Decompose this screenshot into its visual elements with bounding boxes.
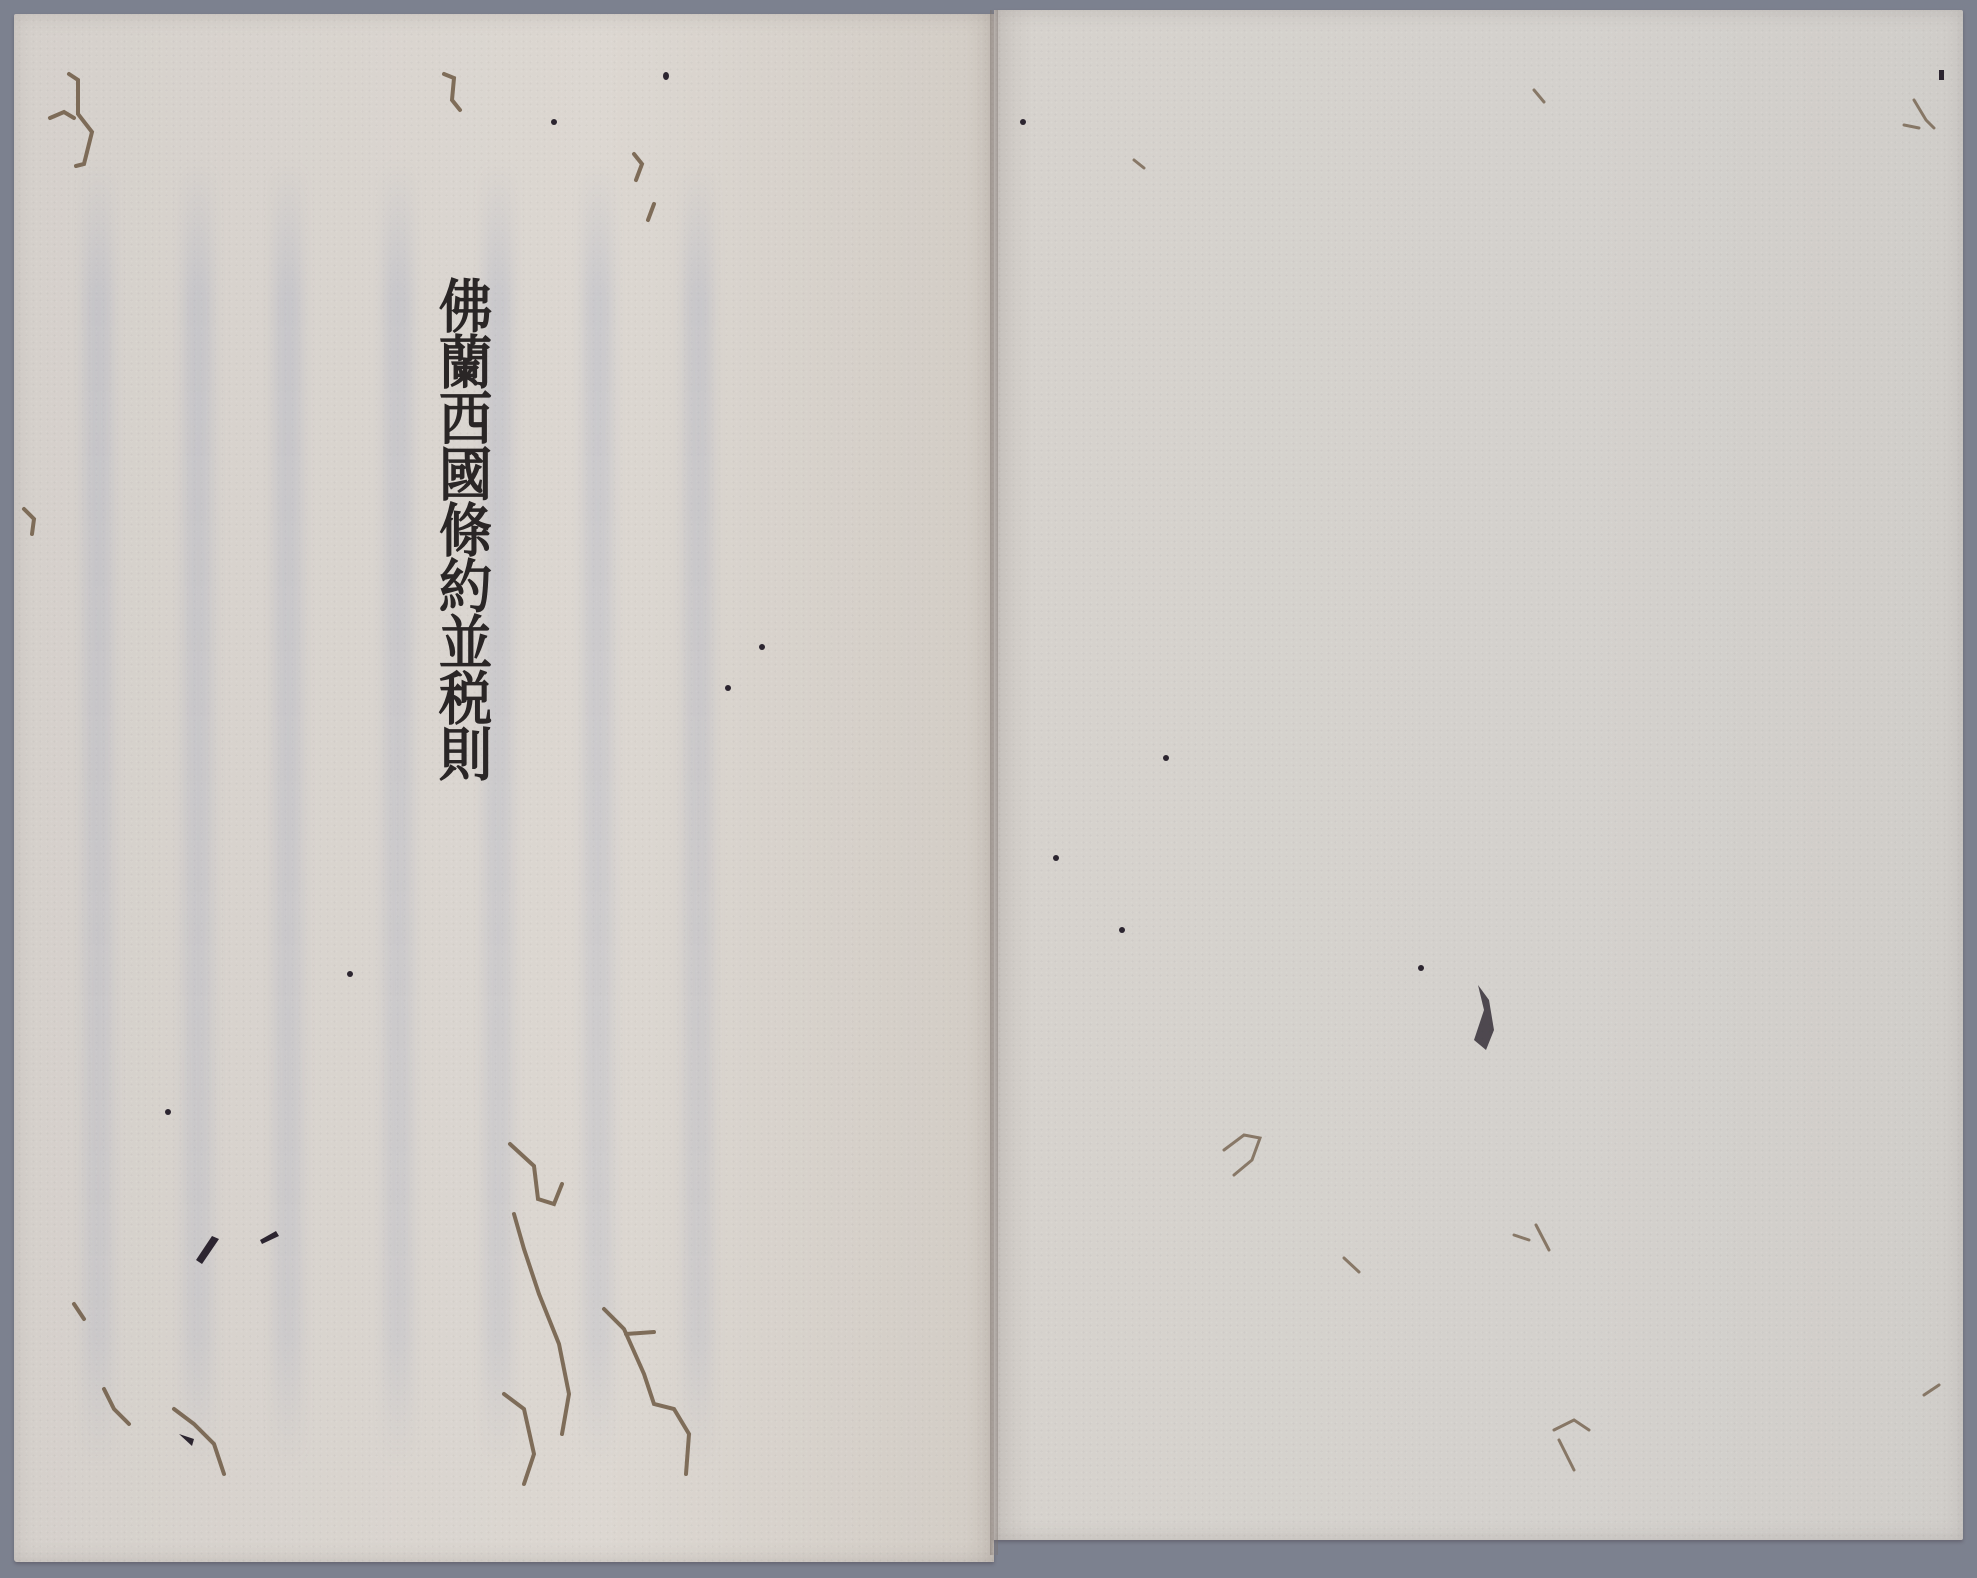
left-page: 佛蘭西國條約並税則 <box>14 14 994 1562</box>
wormhole-damage-icon <box>994 10 1963 1540</box>
wormhole-damage-icon <box>14 14 994 1562</box>
right-page <box>994 10 1963 1540</box>
book-gutter <box>990 10 998 1555</box>
